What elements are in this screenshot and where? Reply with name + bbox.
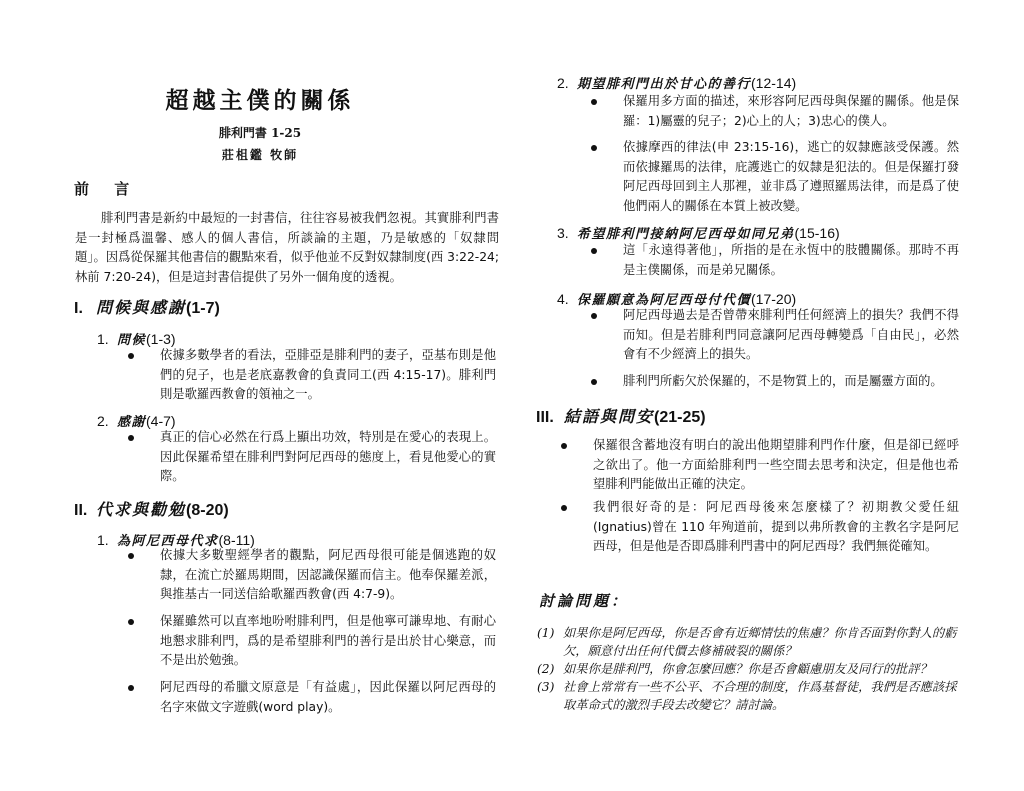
subsection-ref: (17-20) — [751, 291, 796, 307]
bullet-icon — [591, 248, 597, 254]
subsection-ref: (4-7) — [146, 413, 176, 429]
section-heading-2: II.代求與勸勉(8-20) — [74, 497, 229, 520]
author-name: 莊柤鑑 牧師 — [72, 146, 448, 163]
question-number: (2) — [537, 660, 554, 678]
list-item-text: 依據摩西的律法(申 23:15-16)，逃亡的奴隸應該受保護。然而依據羅馬的法律… — [623, 138, 959, 216]
bullet-icon — [591, 379, 597, 385]
list-item: 真正的信心必然在行爲上顯出功效，特別是在愛心的表現上。因此保羅希望在腓利門對阿尼… — [128, 428, 496, 488]
preface-paragraph: 腓利門書是新約中最短的一封書信，往往容易被我們忽視。其實腓利門書是一封極爲溫馨、… — [75, 209, 499, 287]
document-title: 超越主僕的關係 — [72, 82, 448, 115]
discussion-question: (3) 社會上常常有一些不公平、不合理的制度，作爲基督徒，我們是否應該採取革命式… — [537, 678, 967, 714]
bullet-icon — [128, 435, 134, 441]
list-item-text: 依據多數學者的看法，亞腓亞是腓利門的妻子，亞基布則是他們的兒子，也是老底嘉教會的… — [160, 346, 496, 405]
bullet-icon — [591, 145, 597, 151]
list-item: 依據摩西的律法(申 23:15-16)，逃亡的奴隸應該受保護。然而依據羅馬的法律… — [591, 138, 959, 218]
list-item-text: 保羅用多方面的描述，來形容阿尼西母與保羅的關係。他是保羅：1)屬靈的兒子；2)心… — [623, 92, 959, 131]
subsection-ref: (1-3) — [146, 331, 176, 347]
list-item: 依據多數學者的看法，亞腓亞是腓利門的妻子，亞基布則是他們的兒子，也是老底嘉教會的… — [128, 346, 496, 406]
list-item-text: 真正的信心必然在行爲上顯出功效，特別是在愛心的表現上。因此保羅希望在腓利門對阿尼… — [160, 428, 496, 487]
list-item: 阿尼西母過去是否曾帶來腓利門任何經濟上的損失？我們不得而知。但是若腓利門同意讓阿… — [591, 306, 959, 366]
question-text: 社會上常常有一些不公平、不合理的制度，作爲基督徒，我們是否應該採取革命式的激烈手… — [563, 680, 957, 712]
list-item-text: 依據大多數聖經學者的觀點，阿尼西母很可能是個逃跑的奴隸，在流亡於羅馬期間，因認識… — [160, 546, 496, 605]
bullet-icon — [128, 353, 134, 359]
list-item-text: 這「永遠得著他」，所指的是在永恆中的肢體關係。那時不再是主僕關係，而是弟兄關係。 — [623, 241, 959, 280]
section-numeral: III. — [536, 409, 564, 427]
discussion-question: (1) 如果你是阿尼西母，你是否會有近鄉情怯的焦慮？你肯否面對你對人的虧欠，願意… — [537, 624, 967, 660]
question-number: (3) — [537, 678, 554, 696]
subsection-ref: (12-14) — [751, 75, 796, 91]
subsection-number: 2. — [557, 75, 577, 91]
subsection-number: 1. — [97, 532, 117, 548]
list-item-text: 阿尼西母的希臘文原意是「有益處」，因此保羅以阿尼西母的名字來做文字遊戲(word… — [160, 678, 496, 717]
section-ref: (21-25) — [654, 409, 706, 426]
list-item-text: 阿尼西母過去是否曾帶來腓利門任何經濟上的損失？我們不得而知。但是若腓利門同意讓阿… — [623, 306, 959, 365]
list-item: 這「永遠得著他」，所指的是在永恆中的肢體關係。那時不再是主僕關係，而是弟兄關係。 — [591, 241, 959, 281]
list-item: 腓利門所虧欠於保羅的，不是物質上的，而是屬靈方面的。 — [591, 372, 959, 394]
list-item-text: 保羅雖然可以直率地吩咐腓利門，但是他寧可謙卑地、有耐心地懇求腓利門，爲的是希望腓… — [160, 612, 496, 671]
bullet-icon — [561, 505, 567, 511]
section-heading-3: III.結語與問安(21-25) — [536, 404, 706, 427]
section-numeral: II. — [74, 502, 96, 520]
section-heading-1: I.問候與感謝(1-7) — [74, 295, 220, 318]
bullet-icon — [561, 443, 567, 449]
subsection-heading-2-3: 3.希望腓利門接納阿尼西母如同兄弟(15-16) — [557, 223, 840, 242]
subsection-number: 4. — [557, 291, 577, 307]
subsection-title: 希望腓利門接納阿尼西母如同兄弟 — [577, 227, 795, 242]
discussion-question: (2) 如果你是腓利門，你會怎麼回應？你是否會顧慮朋友及同行的批評？ — [537, 660, 967, 678]
section-title: 問候與感謝 — [96, 298, 186, 317]
list-item-text: 腓利門所虧欠於保羅的，不是物質上的，而是屬靈方面的。 — [623, 372, 959, 392]
subsection-number: 1. — [97, 331, 117, 347]
section-ref: (8-20) — [186, 502, 229, 519]
subsection-number: 3. — [557, 225, 577, 241]
bullet-icon — [128, 685, 134, 691]
section-numeral: I. — [74, 300, 96, 318]
question-text: 如果你是阿尼西母，你是否會有近鄉情怯的焦慮？你肯否面對你對人的虧欠，願意付出任何… — [563, 626, 957, 658]
section-ref: (1-7) — [186, 300, 220, 317]
list-item: 依據大多數聖經學者的觀點，阿尼西母很可能是個逃跑的奴隸，在流亡於羅馬期間，因認識… — [128, 546, 496, 606]
subsection-ref: (15-16) — [795, 225, 840, 241]
list-item-text: 保羅很含蓄地沒有明白的說出他期望腓利門作什麼，但是卻已經呼之欲出了。他一方面給腓… — [593, 436, 959, 495]
list-item: 阿尼西母的希臘文原意是「有益處」，因此保羅以阿尼西母的名字來做文字遊戲(word… — [128, 678, 496, 718]
list-item-text: 我們很好奇的是：阿尼西母後來怎麼樣了？初期教父愛任紐(Ignatius)曾在 1… — [593, 498, 959, 557]
bullet-icon — [128, 619, 134, 625]
section-title: 代求與勸勉 — [96, 500, 186, 519]
discussion-heading: 討論問題： — [539, 590, 629, 611]
preface-heading: 前 言 — [74, 178, 139, 199]
list-item: 保羅雖然可以直率地吩咐腓利門，但是他寧可謙卑地、有耐心地懇求腓利門，爲的是希望腓… — [128, 612, 496, 672]
subsection-number: 2. — [97, 413, 117, 429]
list-item: 保羅用多方面的描述，來形容阿尼西母與保羅的關係。他是保羅：1)屬靈的兒子；2)心… — [591, 92, 959, 132]
question-number: (1) — [537, 624, 554, 642]
question-text: 如果你是腓利門，你會怎麼回應？你是否會顧慮朋友及同行的批評？ — [563, 662, 932, 676]
bullet-icon — [591, 313, 597, 319]
bullet-icon — [591, 99, 597, 105]
scripture-reference: 腓利門書 1-25 — [72, 124, 448, 141]
subsection-title: 期望腓利門出於甘心的善行 — [577, 77, 751, 92]
list-item: 我們很好奇的是：阿尼西母後來怎麼樣了？初期教父愛任紐(Ignatius)曾在 1… — [561, 498, 959, 558]
section-title: 結語與問安 — [564, 407, 654, 426]
list-item: 保羅很含蓄地沒有明白的說出他期望腓利門作什麼，但是卻已經呼之欲出了。他一方面給腓… — [561, 436, 959, 496]
subsection-heading-2-2: 2.期望腓利門出於甘心的善行(12-14) — [557, 73, 796, 92]
bullet-icon — [128, 553, 134, 559]
